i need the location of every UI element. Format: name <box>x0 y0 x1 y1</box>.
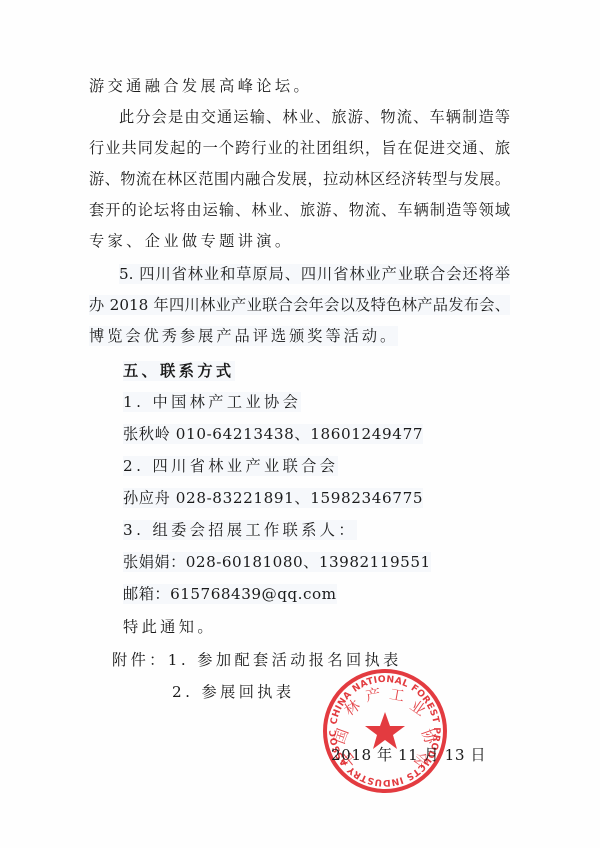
contact-item-5: 3. 组委会招展工作联系人： <box>123 520 357 540</box>
document-page: 游交通融合发展高峰论坛。 此分会是由交通运输、林业、旅游、物流、车辆制造等 行业… <box>0 0 600 848</box>
svg-text:工: 工 <box>388 685 406 705</box>
paragraph-branch-line-3: 游、物流在林区范围内融合发展，拉动林区经济转型与发展。 <box>89 169 510 189</box>
contact-item-6: 张娟娟：028-60181080、13982119551 <box>123 552 431 572</box>
contact-heading: 五、联系方式 <box>123 361 235 381</box>
contact-email[interactable]: 邮箱：615768439@qq.com <box>123 584 337 604</box>
continuation-line: 游交通融合发展高峰论坛。 <box>89 76 312 96</box>
svg-text:产: 产 <box>364 685 382 705</box>
contact-item-1: 1. 中国林产工业协会 <box>123 392 301 412</box>
attachment-line-2: 2. 参展回执表 <box>172 682 294 702</box>
paragraph-branch-line-4: 套开的论坛将由运输、林业、旅游、物流、车辆制造等领域 <box>89 200 510 220</box>
contact-item-2: 张秋岭 010-64213438、18601249477 <box>123 424 423 444</box>
paragraph-5-line-2: 办 2018 年四川林业产业联合会年会以及特色林产品发布会、 <box>89 295 510 315</box>
contact-item-3: 2. 四川省林业产业联合会 <box>123 456 338 476</box>
paragraph-branch-line-1: 此分会是由交通运输、林业、旅游、物流、车辆制造等 <box>119 107 510 127</box>
contact-item-4: 孙应舟 028-83221891、15982346775 <box>123 488 423 508</box>
document-date: 2018 年 11 月 13 日 <box>331 745 486 765</box>
paragraph-branch-line-5: 专家、企业做专题讲演。 <box>89 231 293 251</box>
attachment-line-1: 附件：1. 参加配套活动报名回执表 <box>112 650 402 670</box>
closing-text: 特此通知。 <box>123 617 216 637</box>
paragraph-5-line-3: 博览会优秀参展产品评选颁奖等活动。 <box>89 326 398 346</box>
paragraph-5-line-1: 5. 四川省林业和草原局、四川省林业产业联合会还将举 <box>119 264 510 284</box>
paragraph-branch-line-2: 行业共同发起的一个跨行业的社团组织，旨在促进交通、旅 <box>89 138 510 158</box>
official-seal-icon: CHINA NATIONAL FOREST PRODUCTS INDUSTRY … <box>322 668 448 794</box>
